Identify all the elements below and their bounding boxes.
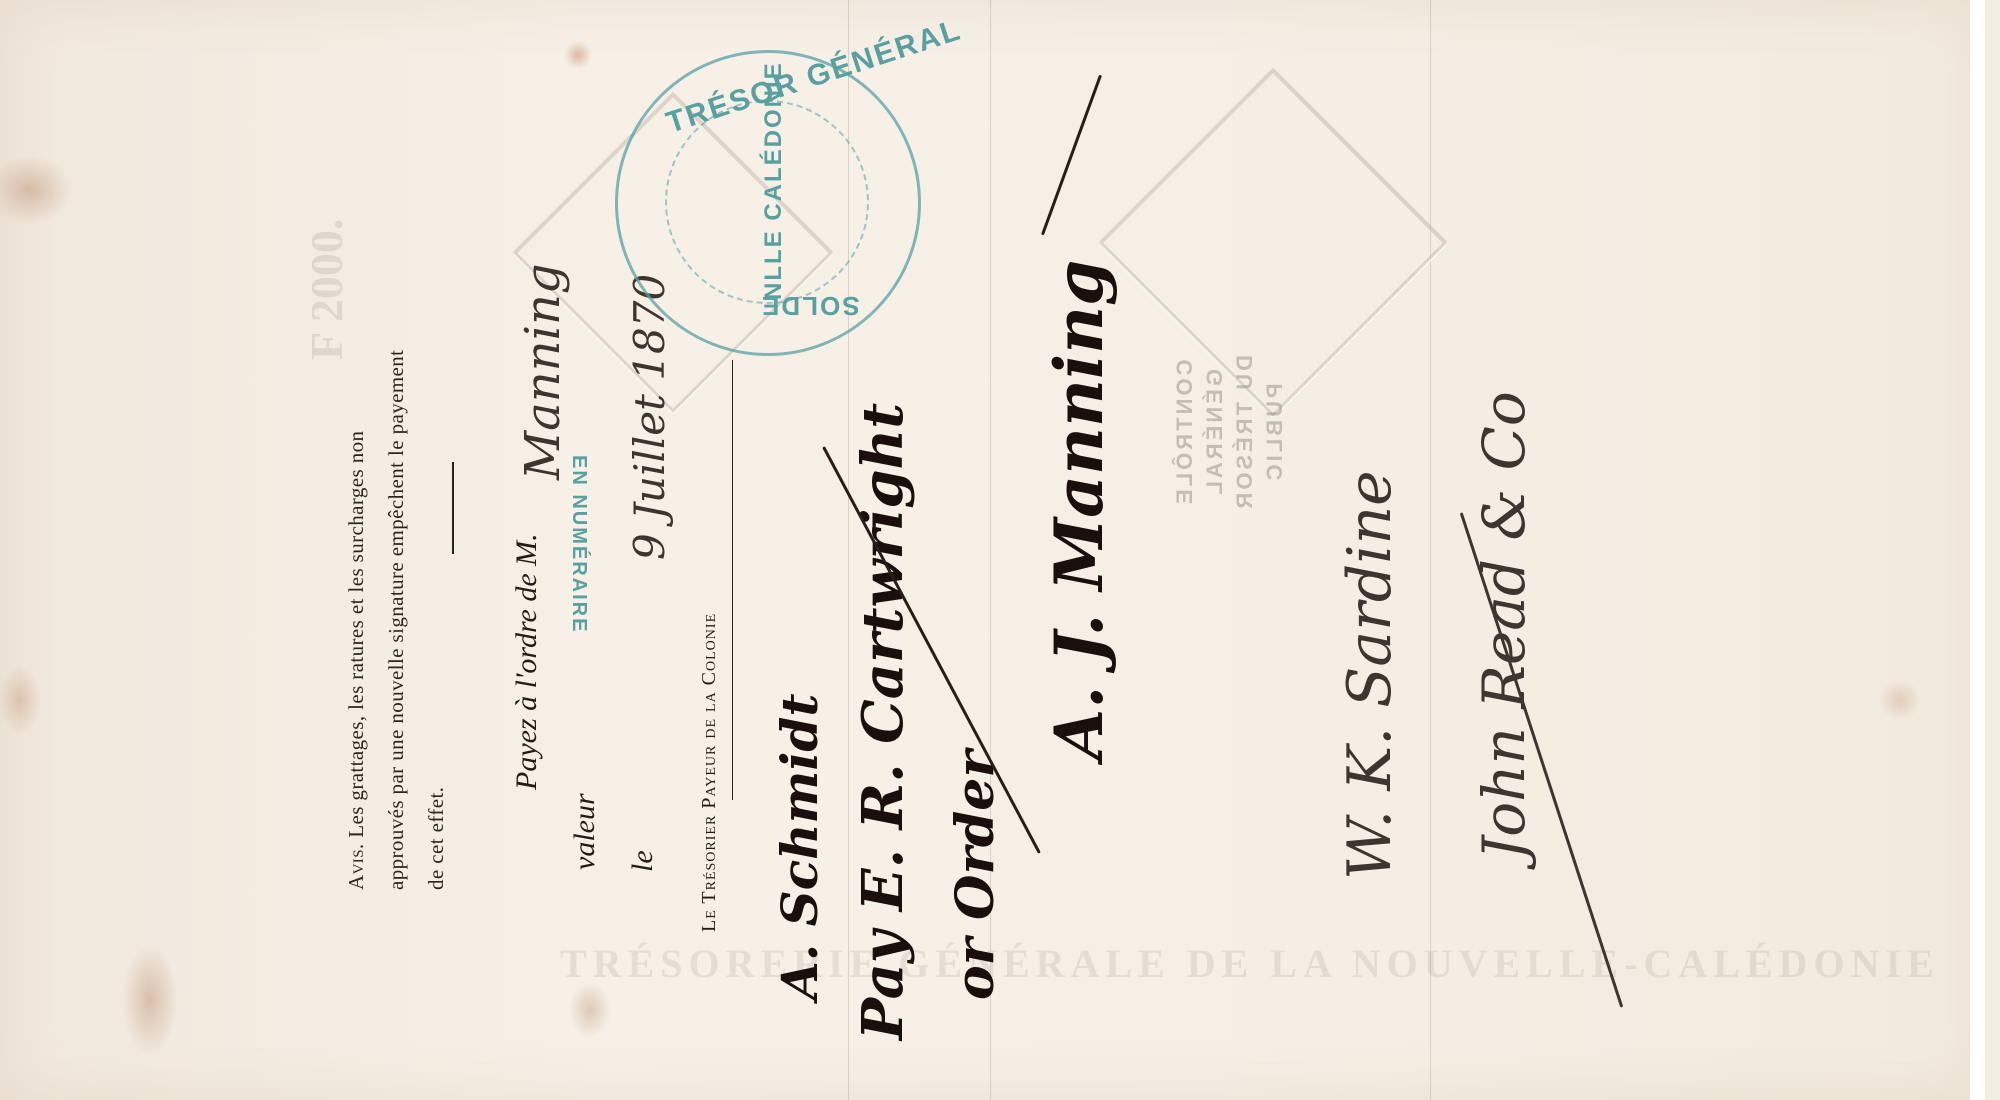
separator-rule — [452, 462, 454, 554]
endorsement-line-4: A. J. Manning — [1040, 260, 1118, 760]
show-through-bottom-line: TRÉSORERIE GÉNÉRALE DE LA NOUVELLE-CALÉD… — [560, 940, 1940, 987]
round-stamp-center-text: NLLE CALÉDONIE — [760, 61, 788, 300]
notice-line-2: approuvés par une nouvelle signature emp… — [376, 350, 416, 890]
show-through-amount: F 2000. — [300, 219, 353, 360]
endorsement-line-3: or Order — [945, 750, 1006, 1000]
emboss-seal-text: CONTRÔLE GÉNÉRAL DU TRÉSOR PUBLIC — [1170, 355, 1290, 512]
pay-order-label: Payez à l'ordre de M. — [510, 533, 544, 790]
date-label: le — [626, 850, 660, 872]
payee-handwritten: Manning — [515, 263, 571, 480]
round-stamp-bottom-text: SOLDE — [760, 290, 860, 321]
flourish-stroke-top — [1041, 75, 1102, 236]
fold-line — [1430, 0, 1431, 1100]
signature-1: W. K. Sardine — [1335, 470, 1405, 880]
signature-2: John Read & Co — [1470, 391, 1538, 860]
notice-block: Avis. Les grattages, les ratures et les … — [336, 350, 456, 890]
document-paper: F 2000. TRÉSORERIE GÉNÉRALE DE LA NOUVEL… — [0, 0, 1985, 1100]
endorsement-line-1: A. Schmidt — [770, 694, 829, 1000]
scan-edge — [1970, 0, 1985, 1100]
value-stamp: EN NUMÉRAIRE — [567, 455, 590, 633]
notice-line-1: Avis. Les grattages, les ratures et les … — [336, 350, 376, 890]
treasurer-rule — [732, 360, 733, 800]
treasurer-label: Le Trésorier Payeur de la Colonie — [698, 613, 721, 932]
value-label: valeur — [568, 793, 602, 870]
endorsement-line-2: Pay E. R. Cartwright — [850, 403, 916, 1040]
notice-line-3: de cet effet. — [416, 350, 456, 890]
